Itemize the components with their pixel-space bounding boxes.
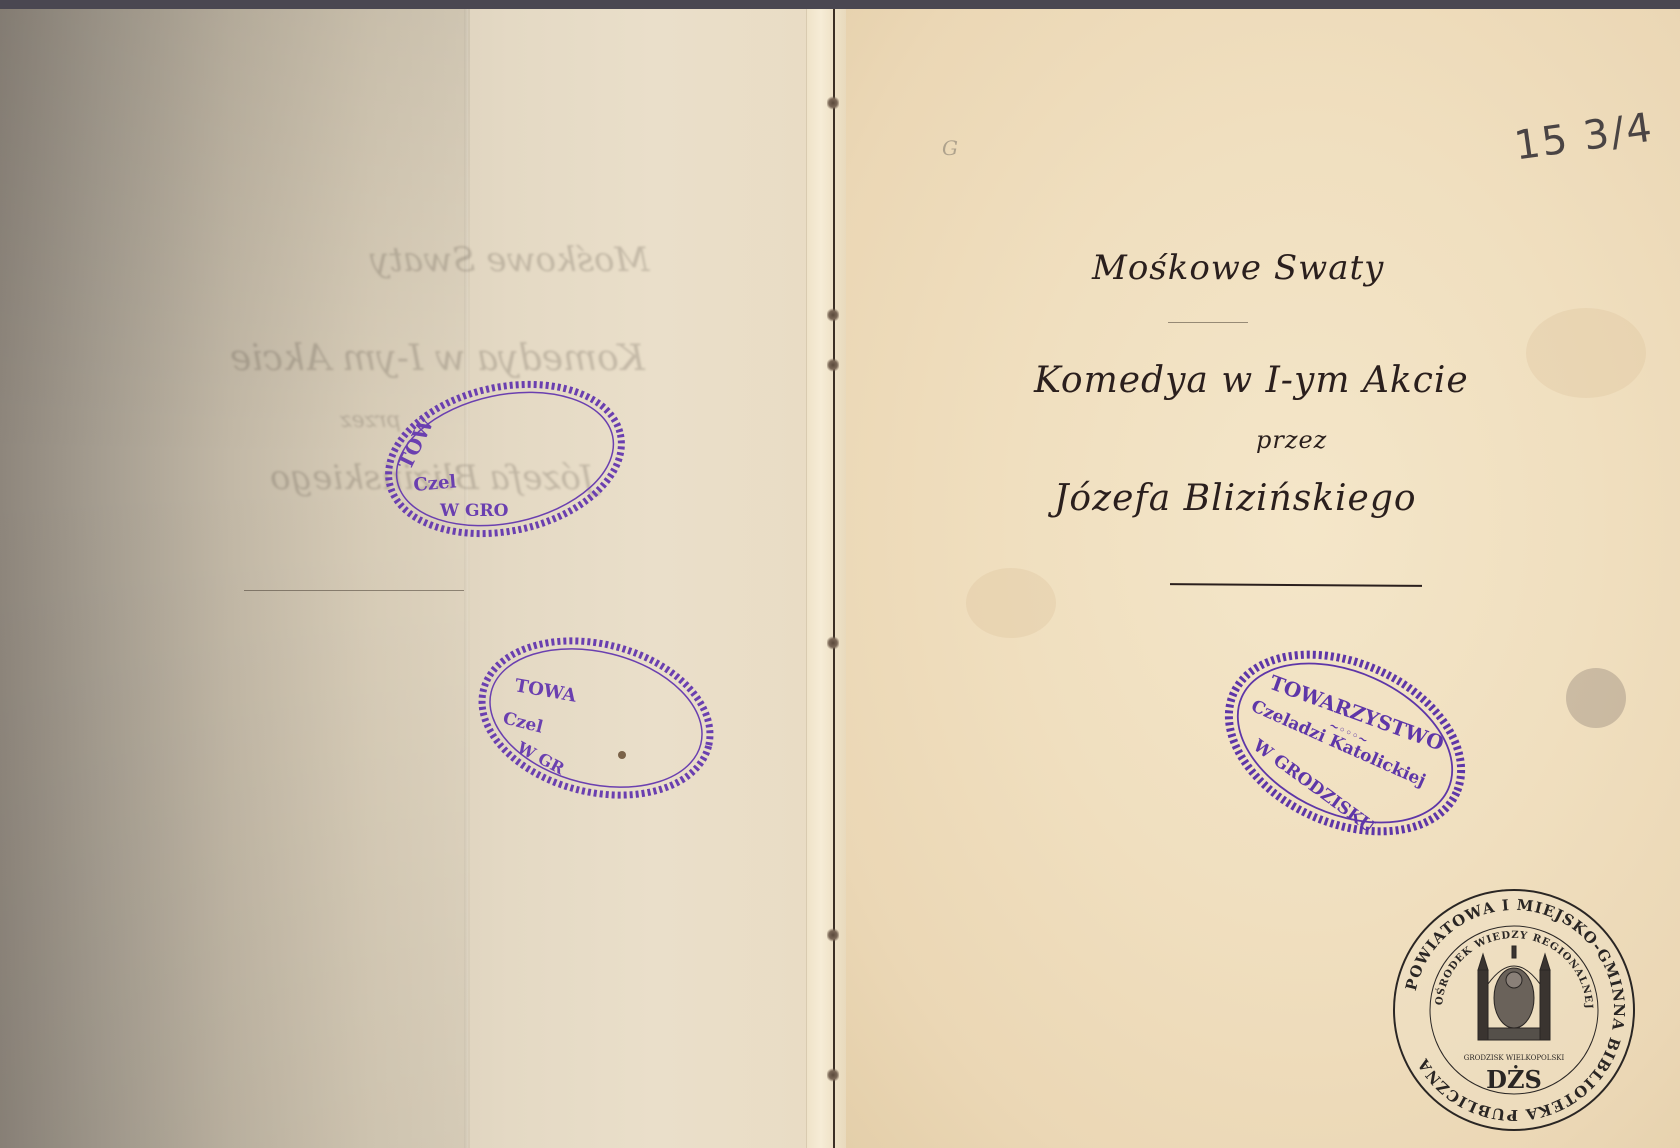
play-by: przez (1256, 426, 1327, 454)
binding-seam (833, 8, 835, 1148)
play-author: Józefa Blizińskiego (1054, 478, 1417, 519)
book-gutter (806, 8, 847, 1148)
binding-stitch (827, 928, 839, 942)
page-shadow (0, 8, 470, 1148)
bleed-through-rule (244, 590, 464, 591)
closing-rule (1170, 583, 1422, 587)
pencil-mark: G (942, 136, 959, 160)
binding-stitch (827, 636, 839, 650)
svg-text:TOWA: TOWA (513, 675, 579, 707)
library-seal: POWIATOWA I MIEJSKO-GMINNA BIBLIOTEKA PU… (1392, 888, 1636, 1132)
binding-stitch (827, 96, 839, 110)
svg-text:GRODZISK WIELKOPOLSKI: GRODZISK WIELKOPOLSKI (1464, 1054, 1565, 1062)
svg-text:Czel: Czel (413, 471, 458, 496)
paper-fold (464, 8, 468, 1148)
title-separator (1168, 322, 1248, 323)
scanner-edge (0, 0, 1680, 9)
ownership-stamp-partial-2: TOWA Czel W GR (472, 633, 720, 803)
ownership-stamp-partial-1: TOW Czel W GRO (380, 376, 630, 542)
paper-stain (966, 568, 1056, 638)
bleed-through-title: Mośkowe Swaty (370, 240, 649, 280)
play-subtitle: Komedya w I-ym Akcie (1034, 360, 1469, 401)
binding-stitch (827, 308, 839, 322)
binding-stitch (827, 358, 839, 372)
play-title: Mośkowe Swaty (1092, 248, 1384, 288)
svg-text:DŻS: DŻS (1486, 1065, 1542, 1094)
binding-stitch (827, 1068, 839, 1082)
paper-stain (1526, 308, 1646, 398)
left-page: Mośkowe Swaty Komedya w I-ym Akcie przez… (0, 8, 822, 1148)
svg-text:•: • (1510, 1111, 1517, 1125)
ownership-stamp: TOWARZYSTWO Czeladzi Katolickiej W GRODZ… (1210, 648, 1480, 838)
svg-text:TOW: TOW (393, 413, 439, 473)
scanned-book-spread: Mośkowe Swaty Komedya w I-ym Akcie przez… (0, 0, 1680, 1148)
bleed-through-subtitle: Komedya w I-ym Akcie (230, 338, 645, 379)
ink-blot (1566, 668, 1626, 728)
svg-text:W GRO: W GRO (439, 501, 509, 521)
svg-text:Czel: Czel (501, 708, 546, 737)
shelfmark: 15 3/4 (1511, 104, 1656, 169)
